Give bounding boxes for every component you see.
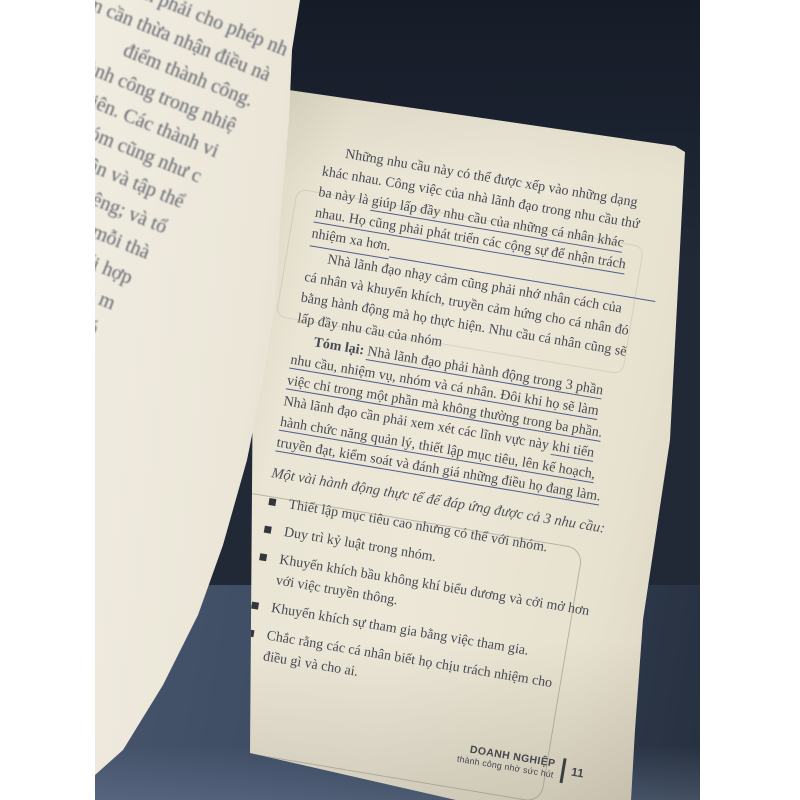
right-book-page: Những nhu cầu này có thể được xếp vào nh… xyxy=(245,80,700,800)
footer-divider xyxy=(559,758,566,783)
photo-area: Những nhu cầu này có thể được xếp vào nh… xyxy=(95,0,700,800)
photo-of-open-book: Những nhu cầu này có thể được xếp vào nh… xyxy=(0,0,800,800)
